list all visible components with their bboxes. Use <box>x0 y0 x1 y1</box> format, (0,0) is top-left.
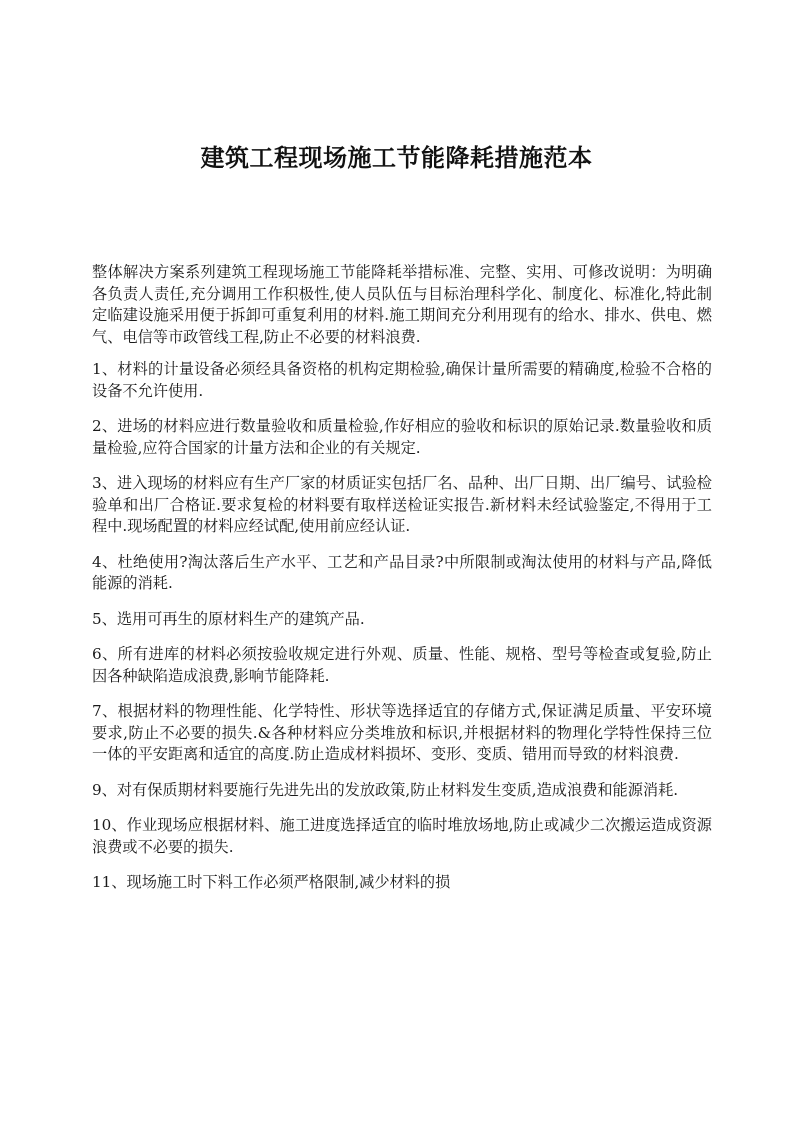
paragraph-2: 2、进场的材料应进行数量验收和质量检验,作好相应的验收和标识的原始记录.数量验收… <box>92 416 712 459</box>
paragraph-5: 5、选用可再生的原材料生产的建筑产品. <box>92 609 712 631</box>
paragraph-9: 9、对有保质期材料要施行先进先出的发放政策,防止材料发生变质,造成浪费和能源消耗… <box>92 780 712 802</box>
paragraph-3: 3、进入现场的材料应有生产厂家的材质证实包括厂名、品种、出厂日期、出厂编号、试验… <box>92 473 712 538</box>
paragraph-6: 6、所有进库的材料必须按验收规定进行外观、质量、性能、规格、型号等检查或复验,防… <box>92 644 712 687</box>
intro-paragraph: 整体解决方案系列建筑工程现场施工节能降耗举措标准、完整、实用、可修改说明：为明确… <box>92 262 712 348</box>
paragraph-11: 11、现场施工时下料工作必须严格限制,减少材料的损 <box>92 872 712 894</box>
paragraph-10: 10、作业现场应根据材料、施工进度选择适宜的临时堆放场地,防止或减少二次搬运造成… <box>92 815 712 858</box>
paragraph-1: 1、材料的计量设备必须经具备资格的机构定期检验,确保计量所需要的精确度,检验不合… <box>92 359 712 402</box>
document-body: 整体解决方案系列建筑工程现场施工节能降耗举措标准、完整、实用、可修改说明：为明确… <box>92 262 712 908</box>
paragraph-7: 7、根据材料的物理性能、化学特性、形状等选择适宜的存储方式,保证满足质量、平安环… <box>92 701 712 766</box>
document-title: 建筑工程现场施工节能降耗措施范本 <box>0 138 793 173</box>
paragraph-4: 4、杜绝使用?淘汰落后生产水平、工艺和产品目录?中所限制或淘汰使用的材料与产品,… <box>92 552 712 595</box>
document-page: 建筑工程现场施工节能降耗措施范本 整体解决方案系列建筑工程现场施工节能降耗举措标… <box>0 0 793 1122</box>
